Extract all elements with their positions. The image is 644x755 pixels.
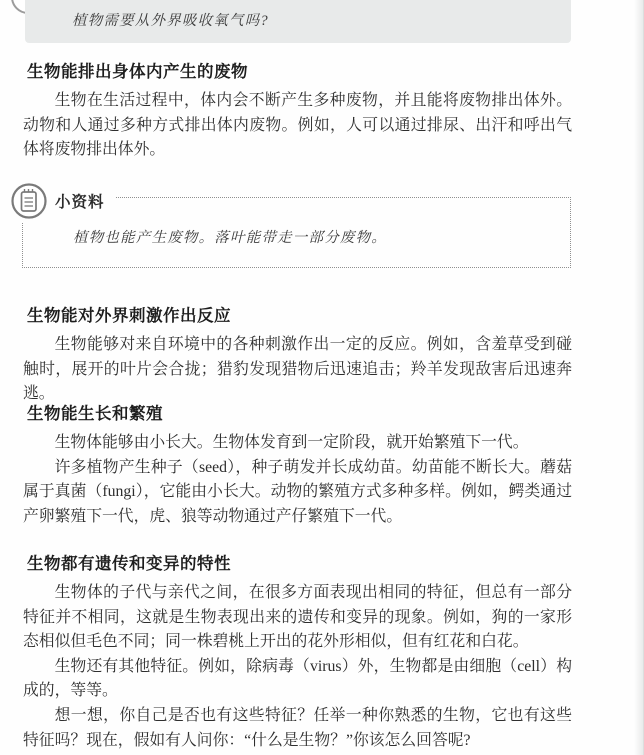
section-body-heredity: 生物体的子代与亲代之间，在很多方面表现出相同的特征，但总有一部分特征并不相同，这… — [23, 581, 572, 753]
section-body-waste: 生物在生活过程中，体内会不断产生多种废物，并且能将废物排出体外。动物和人通过多种… — [23, 89, 572, 163]
paragraph: 生物体能够由小长大。生物体发育到一定阶段，就开始繁殖下一代。 — [23, 431, 572, 456]
section-body-growth: 生物体能够由小长大。生物体发育到一定阶段，就开始繁殖下一代。 许多植物产生种子（… — [23, 431, 572, 529]
paragraph: 想一想，你自己是否也有这些特征？任举一种你熟悉的生物，它也有这些特征吗？现在，假… — [23, 704, 572, 753]
info-box-text: 植物也能产生废物。落叶能带走一部分废物。 — [73, 226, 387, 247]
paragraph: 生物能够对来自环境中的各种刺激作出一定的反应。例如，含羞草受到碰触时，展开的叶片… — [23, 333, 572, 407]
paragraph: 生物在生活过程中，体内会不断产生多种废物，并且能将废物排出体外。动物和人通过多种… — [23, 89, 572, 163]
info-box-label: 小资料 — [55, 190, 105, 212]
textbook-page: 植物需要从外界吸收氧气吗? 生物能排出身体内产生的废物 生物在生活过程中，体内会… — [0, 0, 644, 755]
notebook-icon — [10, 181, 48, 221]
section-heading-heredity: 生物都有遗传和变异的特性 — [27, 554, 231, 574]
section-heading-growth: 生物能生长和繁殖 — [27, 404, 163, 424]
section-body-stimulus: 生物能够对来自环境中的各种刺激作出一定的反应。例如，含羞草受到碰触时，展开的叶片… — [23, 333, 572, 407]
paragraph: 生物还有其他特征。例如，除病毒（virus）外，生物都是由细胞（cell）构成的… — [23, 655, 572, 704]
question-box: 植物需要从外界吸收氧气吗? — [25, 0, 571, 43]
question-text: 植物需要从外界吸收氧气吗? — [72, 9, 269, 30]
info-box-header: 小资料 — [10, 180, 115, 222]
section-heading-waste: 生物能排出身体内产生的废物 — [27, 62, 248, 82]
page-edge-shadow — [634, 0, 644, 755]
paragraph: 许多植物产生种子（seed），种子萌发并长成幼苗。幼苗能不断长大。蘑菇属于真菌（… — [23, 456, 572, 530]
paragraph: 生物体的子代与亲代之间，在很多方面表现出相同的特征，但总有一部分特征并不相同，这… — [23, 581, 572, 655]
section-heading-stimulus: 生物能对外界刺激作出反应 — [27, 306, 231, 326]
